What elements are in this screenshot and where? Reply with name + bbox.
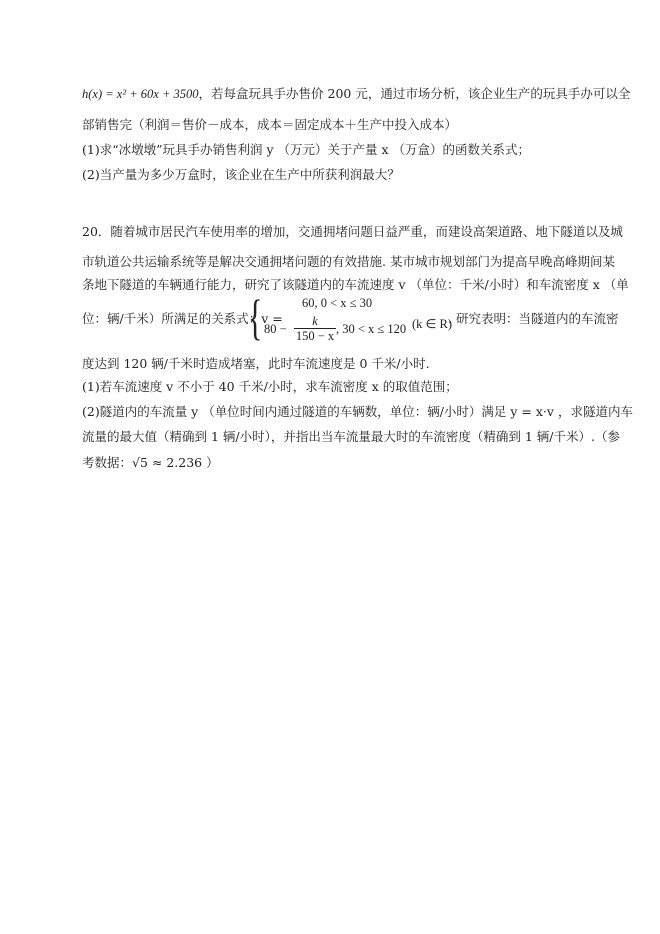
numerator: k: [294, 314, 336, 328]
case-1: 60, 0 < x ≤ 30: [302, 296, 372, 311]
denominator: 150 − x: [294, 329, 336, 343]
q20-part2-line2: 流量的最大值（精确到 1 辆/小时），并指出当车流量最大时的车流密度（精确到 1…: [82, 429, 620, 445]
q20-line5: 度达到 120 辆/千米时造成堵塞，此时车流速度是 0 千米/小时.: [82, 356, 430, 372]
q20-part1: (1)若车流速度 v 不小于 40 千米/小时，求车流密度 x 的取值范围；: [82, 379, 458, 395]
q20-line1: 20．随着城市居民汽车使用率的增加，交通拥堵问题日益严重，而建设高架道路、地下隧…: [82, 224, 623, 240]
q20-line3: 条地下隧道的车辆通行能力，研究了该隧道内的车流速度 v （单位：千米/小时）和车…: [82, 277, 629, 293]
q20-line2: 市轨道公共运输系统等是解决交通拥堵问题的有效措施. 某市城市规划部门为提高早晚高…: [82, 254, 615, 270]
q19-part1: (1)求“冰墩墩”玩具手办销售利润 y （万元）关于产量 x （万盒）的函数关系…: [82, 142, 530, 158]
q19-line1-text: ，若每盒玩具手办售价 200 元，通过市场分析，该企业生产的玩具手办可以全: [199, 86, 631, 101]
q19-line1: h(x) = x² + 60x + 3500，若每盒玩具手办售价 200 元，通…: [82, 86, 630, 102]
fraction: k 150 − x: [294, 314, 336, 343]
brace: {: [248, 292, 262, 342]
case-2-a: 80 −: [264, 322, 287, 337]
q19-line2: 部销售完（利润＝售价－成本，成本＝固定成本＋生产中投入成本）: [82, 117, 457, 133]
q20-part2-line3: 考数据：√5 ≈ 2.236 ）: [82, 455, 219, 471]
condition: (k ∈ R): [412, 316, 452, 332]
q19-part2: (2)当产量为多少万盒时，该企业在生产中所获利润最大？: [82, 167, 400, 183]
q20-part2-line1: (2)隧道内的车流量 y （单位时间内通过隧道的车辆数，单位：辆/小时）满足 y…: [82, 404, 633, 420]
q20-line4-post: . 研究表明：当隧道内的车流密: [448, 311, 618, 327]
case-2-b: , 30 < x ≤ 120: [336, 322, 406, 337]
cost-formula: h(x) = x² + 60x + 3500: [82, 87, 199, 101]
